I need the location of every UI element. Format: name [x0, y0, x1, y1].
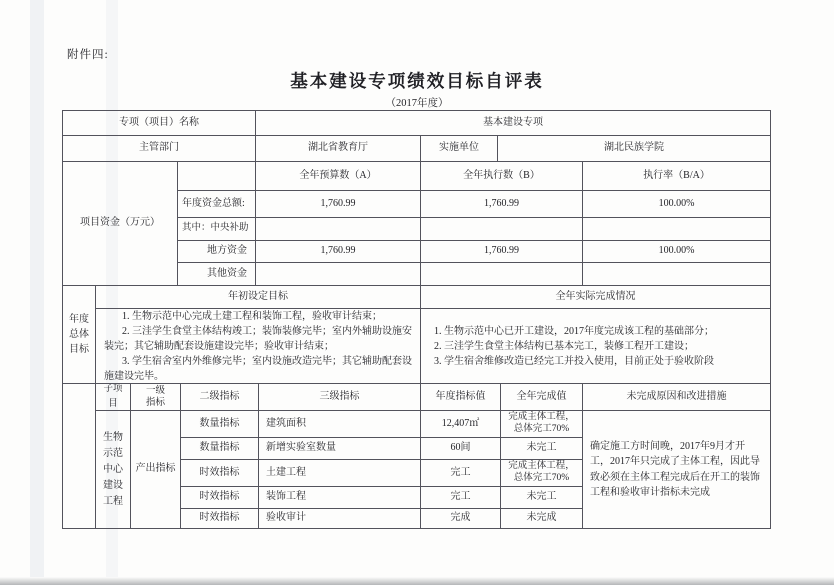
level2-cell: 时效指标	[180, 486, 258, 508]
funds-rate: 100.00%	[582, 190, 770, 217]
level2-cell: 数量指标	[180, 437, 258, 459]
annual-target-item: 2. 三洼学生食堂主体结构竣工；装饰装修完毕；室内外辅助设施安装完；其它辅助配套…	[104, 324, 412, 354]
funds-rate	[582, 217, 770, 240]
funds-row-label: 其中：中央补助	[177, 217, 255, 240]
level3-cell: 土建工程	[258, 459, 420, 486]
annual-actual-item: 1. 生物示范中心已开工建设，2017年度完成该工程的基础部分；	[429, 324, 762, 339]
funds-executed: 1,760.99	[420, 240, 582, 262]
completed-value-cell: 未完工	[500, 437, 582, 459]
level3-cell: 验收审计	[258, 508, 420, 528]
completed-value-cell: 未完成	[500, 508, 582, 528]
self-evaluation-table: 专项（项目）名称 基本建设专项 主管部门 湖北省教育厅 实施单位 湖北民族学院 …	[62, 110, 771, 529]
attachment-label: 附件四:	[67, 46, 109, 62]
dept-label: 主管部门	[62, 135, 255, 161]
funds-executed	[420, 217, 582, 240]
target-value-cell: 完工	[420, 459, 500, 486]
target-value-cell: 60间	[420, 437, 500, 459]
funds-row-label: 其他资金	[177, 262, 255, 285]
annual-actual-item: 2. 三洼学生食堂主体结构已基本完工，装修工程开工建设；	[429, 339, 762, 354]
funds-budget	[255, 262, 420, 285]
funds-row-label: 年度资金总额:	[177, 190, 255, 217]
page-subtitle: （2017年度）	[0, 95, 834, 110]
funds-col-executed: 全年执行数（B）	[420, 161, 582, 190]
header-level1-text: 一级指标	[143, 385, 169, 410]
sub-project-cell: 生物示范中心建设工程	[95, 410, 130, 528]
funds-budget	[255, 217, 420, 240]
level3-cell: 建筑面积	[258, 410, 420, 437]
header-level2: 二级指标	[180, 383, 258, 410]
scan-edge-shadow	[0, 577, 834, 585]
dept-value: 湖北省教育厅	[255, 135, 420, 161]
funds-executed	[420, 262, 582, 285]
header-sub-project: 子项目	[95, 383, 130, 410]
unit-value: 湖北民族学院	[497, 135, 770, 161]
header-reason: 未完成原因和改进措施	[582, 383, 770, 410]
page-title: 基本建设专项绩效目标自评表	[0, 68, 834, 93]
funds-row-label: 地方资金	[177, 240, 255, 262]
completed-value-cell: 完成主体工程，总体完工70%	[500, 410, 582, 437]
funds-col-budget: 全年预算数（A）	[255, 161, 420, 190]
annual-actual-item: 3. 学生宿舍维修改造已经完工并投入使用，目前正处于验收阶段	[429, 354, 762, 369]
level2-cell: 时效指标	[180, 508, 258, 528]
completed-value-cell: 未完工	[500, 486, 582, 508]
annual-col-target: 年初设定目标	[95, 285, 420, 308]
funds-executed: 1,760.99	[420, 190, 582, 217]
level3-cell: 新增实验室数量	[258, 437, 420, 459]
level2-cell: 时效指标	[180, 459, 258, 486]
funds-sublabel-header	[177, 161, 255, 190]
funds-col-rate: 执行率（B/A）	[582, 161, 770, 190]
annual-target-text: 1. 生物示范中心完成土建工程和装饰工程，验收审计结束； 2. 三洼学生食堂主体…	[95, 308, 420, 383]
funds-rate	[582, 262, 770, 285]
funds-section-label: 项目资金（万元）	[62, 161, 177, 285]
header-target-value: 年度指标值	[420, 383, 500, 410]
project-name-value: 基本建设专项	[255, 110, 770, 135]
unit-label: 实施单位	[420, 135, 497, 161]
level3-cell: 装饰工程	[258, 486, 420, 508]
funds-rate: 100.00%	[582, 240, 770, 262]
reason-cell: 确定施工方时间晚，2017年9月才开工，2017年只完成了主体工程，因此导致必须…	[582, 410, 770, 528]
level1-cell: 产出指标	[130, 410, 180, 528]
funds-budget: 1,760.99	[255, 240, 420, 262]
project-name-label: 专项（项目）名称	[62, 110, 255, 135]
annual-col-actual: 全年实际完成情况	[420, 285, 770, 308]
annual-actual-text: 1. 生物示范中心已开工建设，2017年度完成该工程的基础部分； 2. 三洼学生…	[420, 308, 770, 383]
annual-section-label: 年度总体目标	[62, 285, 95, 383]
annual-target-item: 1. 生物示范中心完成土建工程和装饰工程，验收审计结束；	[104, 309, 412, 324]
completed-value-cell: 完成主体工程，总体完工70%	[500, 459, 582, 486]
header-level3: 三级指标	[258, 383, 420, 410]
funds-budget: 1,760.99	[255, 190, 420, 217]
target-value-cell: 完成	[420, 508, 500, 528]
left-spacer-cell	[62, 383, 95, 528]
target-value-cell: 12,407㎡	[420, 410, 500, 437]
header-level1: 一级指标	[130, 383, 180, 410]
header-completed-value: 全年完成值	[500, 383, 582, 410]
target-value-cell: 完工	[420, 486, 500, 508]
annual-target-item: 3. 学生宿舍室内外维修完毕；室内设施改造完毕；其它辅助配套设施建设完毕。	[104, 354, 412, 384]
header-sub-project-text: 子项目	[101, 383, 125, 410]
level2-cell: 数量指标	[180, 410, 258, 437]
annual-section-label-text: 年度总体目标	[68, 312, 90, 357]
sub-project-text: 生物示范中心建设工程	[101, 430, 125, 510]
